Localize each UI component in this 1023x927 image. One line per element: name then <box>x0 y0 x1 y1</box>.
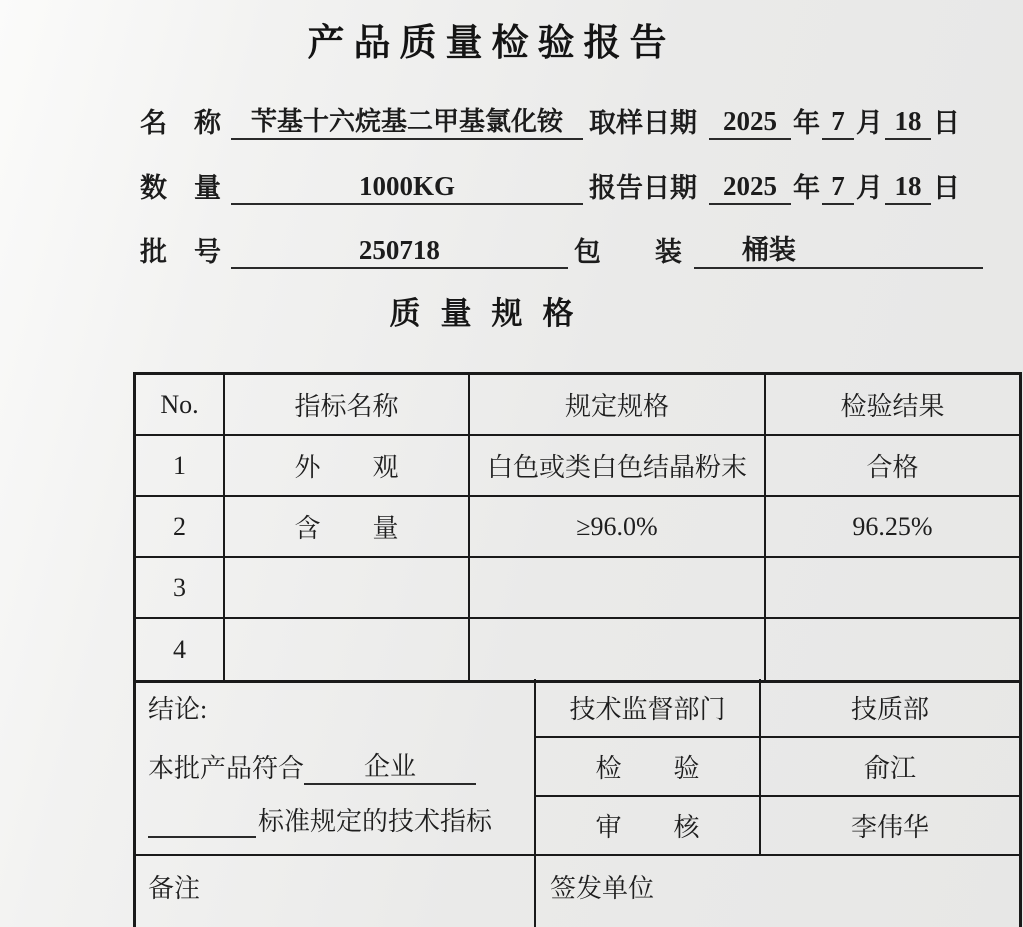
spec-row-spec <box>470 558 766 619</box>
spec-row-spec <box>470 619 766 680</box>
spec-row-no: 3 <box>136 558 225 619</box>
signoff-label-reviewer: 审 核 <box>536 797 761 856</box>
spec-col-header-no: No. <box>136 375 225 436</box>
conclusion-standard-value: 企业 <box>304 752 476 785</box>
spec-row-result <box>766 619 1019 680</box>
quantity-value: 1000KG <box>231 171 583 205</box>
spec-col-header-spec: 规定规格 <box>470 375 766 436</box>
name-label: 名 称 <box>140 101 221 140</box>
signoff-label-inspector: 检 验 <box>536 738 761 797</box>
packaging-label: 包 装 <box>574 230 682 269</box>
spec-col-header-result: 检验结果 <box>766 375 1019 436</box>
signoff-label-dept: 技术监督部门 <box>536 679 761 738</box>
spec-col-header-item: 指标名称 <box>225 375 470 436</box>
spec-row-item: 含 量 <box>225 497 470 558</box>
report-day-value: 18 <box>885 171 931 205</box>
year-unit: 年 <box>793 101 820 140</box>
document-title: 产品质量检验报告 <box>0 12 983 66</box>
report-year-value: 2025 <box>709 171 791 205</box>
batch-row: 批 号 250718 包 装 桶装 <box>140 230 983 269</box>
day-unit: 日 <box>933 166 960 205</box>
sampling-day-value: 18 <box>885 106 931 140</box>
signoff-value-inspector: 俞江 <box>761 738 1019 797</box>
report-month-value: 7 <box>822 171 854 205</box>
spec-row-item <box>225 619 470 680</box>
issuer-cell: 签发单位 <box>536 856 1019 927</box>
conclusion-line3: 标准规定的技术指标 <box>148 801 524 838</box>
spec-row-result: 合格 <box>766 436 1019 497</box>
day-unit: 日 <box>933 101 960 140</box>
sampling-year-value: 2025 <box>709 106 791 140</box>
spec-row-item: 外 观 <box>225 436 470 497</box>
spec-row-no: 2 <box>136 497 225 558</box>
name-value: 苄基十六烷基二甲基氯化铵 <box>231 107 583 140</box>
conclusion-signoff-table: 结论: 本批产品符合 企业 标准规定的技术指标 技术监督部门 技质部 检 验 俞… <box>133 679 1022 927</box>
year-unit: 年 <box>793 166 820 205</box>
conclusion-blank-underline <box>148 835 256 838</box>
conclusion-cell: 结论: 本批产品符合 企业 标准规定的技术指标 <box>136 679 536 856</box>
conclusion-line2: 本批产品符合 企业 <box>148 748 524 785</box>
batch-label: 批 号 <box>140 230 221 269</box>
conclusion-prefix: 本批产品符合 <box>148 748 304 785</box>
conclusion-label: 结论: <box>148 689 524 726</box>
spec-row-no: 1 <box>136 436 225 497</box>
name-row: 名 称 苄基十六烷基二甲基氯化铵 取样日期 2025 年 7 月 18 日 <box>140 101 983 140</box>
batch-value: 250718 <box>231 235 568 269</box>
spec-row-spec: ≥96.0% <box>470 497 766 558</box>
signoff-value-reviewer: 李伟华 <box>761 797 1019 856</box>
spec-table: No. 指标名称 规定规格 检验结果 1 外 观 白色或类白色结晶粉末 合格 2… <box>133 372 1022 683</box>
quantity-row: 数 量 1000KG 报告日期 2025 年 7 月 18 日 <box>140 166 983 205</box>
spec-row-item <box>225 558 470 619</box>
month-unit: 月 <box>856 166 883 205</box>
packaging-value: 桶装 <box>694 235 983 269</box>
signoff-value-dept: 技质部 <box>761 679 1019 738</box>
month-unit: 月 <box>856 101 883 140</box>
remarks-cell: 备注 <box>136 856 536 927</box>
sampling-date-label: 取样日期 <box>589 101 697 140</box>
section-title-quality-specs: 质量规格 <box>0 288 983 333</box>
inspection-report-page: 产品质量检验报告 名 称 苄基十六烷基二甲基氯化铵 取样日期 2025 年 7 … <box>0 0 1023 927</box>
spec-row-result <box>766 558 1019 619</box>
sampling-month-value: 7 <box>822 106 854 140</box>
spec-row-spec: 白色或类白色结晶粉末 <box>470 436 766 497</box>
spec-row-no: 4 <box>136 619 225 680</box>
spec-row-result: 96.25% <box>766 497 1019 558</box>
quantity-label: 数 量 <box>140 166 221 205</box>
report-date-label: 报告日期 <box>589 166 697 205</box>
conclusion-suffix: 标准规定的技术指标 <box>258 801 492 838</box>
